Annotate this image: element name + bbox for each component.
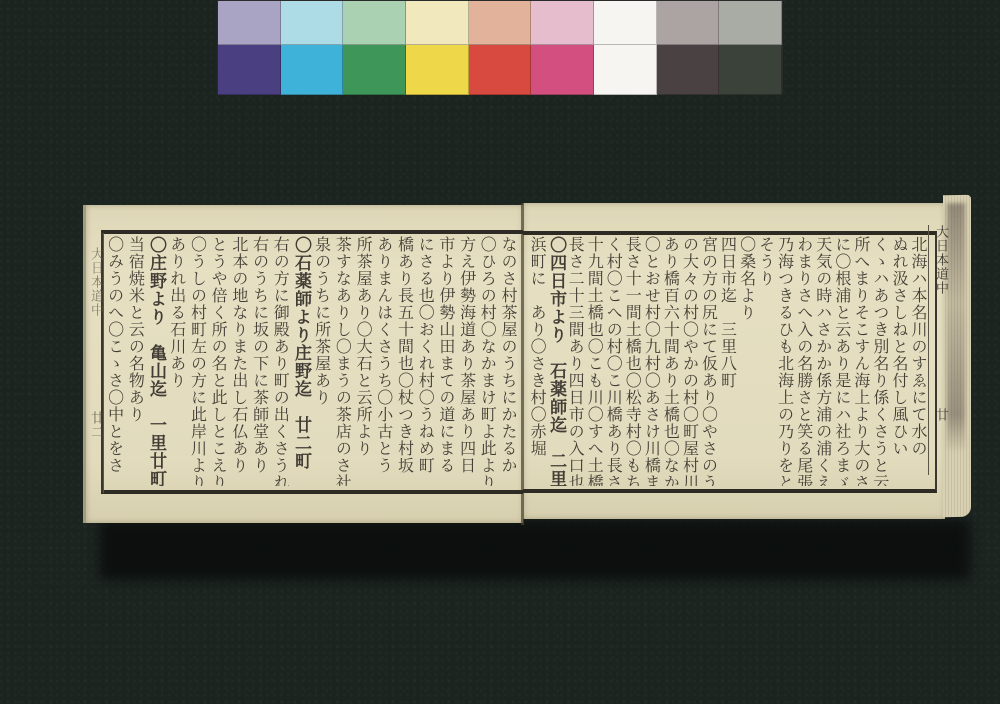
text-column: 宮の方の尻にて仮あり〇やさのう町 — [700, 236, 719, 486]
color-calibration-chart — [217, 0, 783, 94]
text-column: に〇根浦と云あり是にハ社ろまゞ — [834, 236, 853, 486]
text-column: 当宿焼米と云の名物あり — [126, 236, 147, 486]
text-column: なのさ村茶屋のうちにかたるか — [498, 236, 519, 486]
color-patch — [469, 1, 532, 45]
text-column: 長さ十一間土橋也〇松寺村〇もちふ — [624, 236, 643, 486]
text-column: ありれ出る石川あり — [167, 236, 188, 486]
text-column: 所茶屋あり〇大石と云所より — [353, 236, 374, 486]
text-column: 右の方に御殿あり町の出くさうれ — [271, 236, 292, 486]
color-patch — [719, 45, 782, 95]
text-column: 〇庄野より 亀山迄 一里廿町 — [146, 236, 167, 486]
book-shadow — [100, 520, 970, 580]
text-column: ぬれ汲さしねと名付し風ひい — [891, 236, 910, 486]
text-column: 〇とおせ村〇九村〇あさけ川橋まて — [643, 236, 662, 486]
text-column: 橋あり長五十間也〇杖つき村坂 — [395, 236, 416, 486]
text-column: 所へまりそこすん海上より大のさ — [853, 236, 872, 486]
color-patch — [218, 45, 281, 95]
text-column: 北海ハ本名川のすゑにて水の — [910, 236, 929, 486]
open-book: 大日本道中 廿 大日本道中 廿二 北海ハ本名川のすゑにて水のぬれ汲さしねと名付し… — [83, 203, 973, 525]
text-column: くゝハあつき別名り係くさうと云 — [872, 236, 891, 486]
text-column: 〇桑名より — [739, 236, 758, 486]
color-patch — [531, 45, 594, 95]
text-column: とうや倍く所の名と此しとこえり — [208, 236, 229, 486]
text-column: 泉のうちに所茶屋あり — [312, 236, 333, 486]
text-column: 方え伊勢海道あり茶屋あり四日 — [457, 236, 478, 486]
color-patch — [719, 1, 782, 45]
color-patch — [343, 1, 406, 45]
text-column: 乃海つきるひも北海上の乃りをと — [777, 236, 796, 486]
text-column: 〇ひろの村〇なかまけ町よ此より左の — [478, 236, 499, 486]
text-column: 北本の地なりまた出し石仏あり — [229, 236, 250, 486]
color-patch — [281, 45, 344, 95]
left-page-text: なのさ村茶屋のうちにかたるか〇ひろの村〇なかまけ町よ此より左の方え伊勢海道あり茶… — [105, 236, 519, 488]
text-column: 茶すなありし〇まうの茶店のさ社 — [333, 236, 354, 486]
color-patch — [657, 45, 720, 95]
left-margin-page-number: 廿二 — [86, 411, 105, 439]
text-column: 市より伊勢山田まての道にまる — [436, 236, 457, 486]
text-column: 十九間土橋也〇こも川〇すへ土橋 — [586, 236, 605, 486]
text-column: そうり — [758, 236, 777, 486]
color-patch — [594, 1, 657, 45]
color-patch — [343, 45, 406, 95]
text-column: ありまんはくさうち〇小古とう — [374, 236, 395, 486]
text-column: にさる也〇おくれ村〇うねめ町 — [415, 236, 436, 486]
text-column: 右のうちに坂の下に茶師堂あり — [250, 236, 271, 486]
color-patch — [218, 1, 281, 45]
text-column: 浜町に あり〇さき村〇赤堀 — [529, 236, 548, 486]
color-patch — [657, 1, 720, 45]
right-margin-page-number: 廿 — [931, 408, 950, 422]
text-column: の大々の村〇やかの村〇町屋村川 — [681, 236, 700, 486]
color-patch — [281, 1, 344, 45]
right-margin-title: 大日本道中 — [931, 225, 950, 295]
color-patch — [594, 45, 657, 95]
left-margin-title: 大日本道中 — [86, 247, 105, 317]
text-column: く村〇こへの村〇こ川橋あり長さ — [605, 236, 624, 486]
text-column: 四日市迄 三里八町 — [719, 236, 738, 486]
color-patch — [469, 45, 532, 95]
text-column: 天気の時ハさかか係方浦の浦くえへ — [815, 236, 834, 486]
color-patch — [406, 1, 469, 45]
text-column: あり橋百六十間あり土橋也〇なか村 — [662, 236, 681, 486]
text-column: 〇四日市より 石薬師迄 二里廿七町 — [548, 236, 567, 486]
text-column: 〇石薬師より庄野迄 廿二町 — [291, 236, 312, 486]
color-patch — [406, 45, 469, 95]
text-column: 長さ二十三間あり四日市の入口也 — [567, 236, 586, 486]
text-column: 〇みうのへ〇こゝさ〇中とをさ — [105, 236, 126, 486]
color-patch — [531, 1, 594, 45]
text-column: わまりさへ入の名勝さと笑る尾張 — [796, 236, 815, 486]
text-column: 〇うしの村町左の方に此岸川より — [188, 236, 209, 486]
right-page-text: 北海ハ本名川のすゑにて水のぬれ汲さしねと名付し風ひいくゝハあつき別名り係くさうと… — [529, 236, 929, 488]
